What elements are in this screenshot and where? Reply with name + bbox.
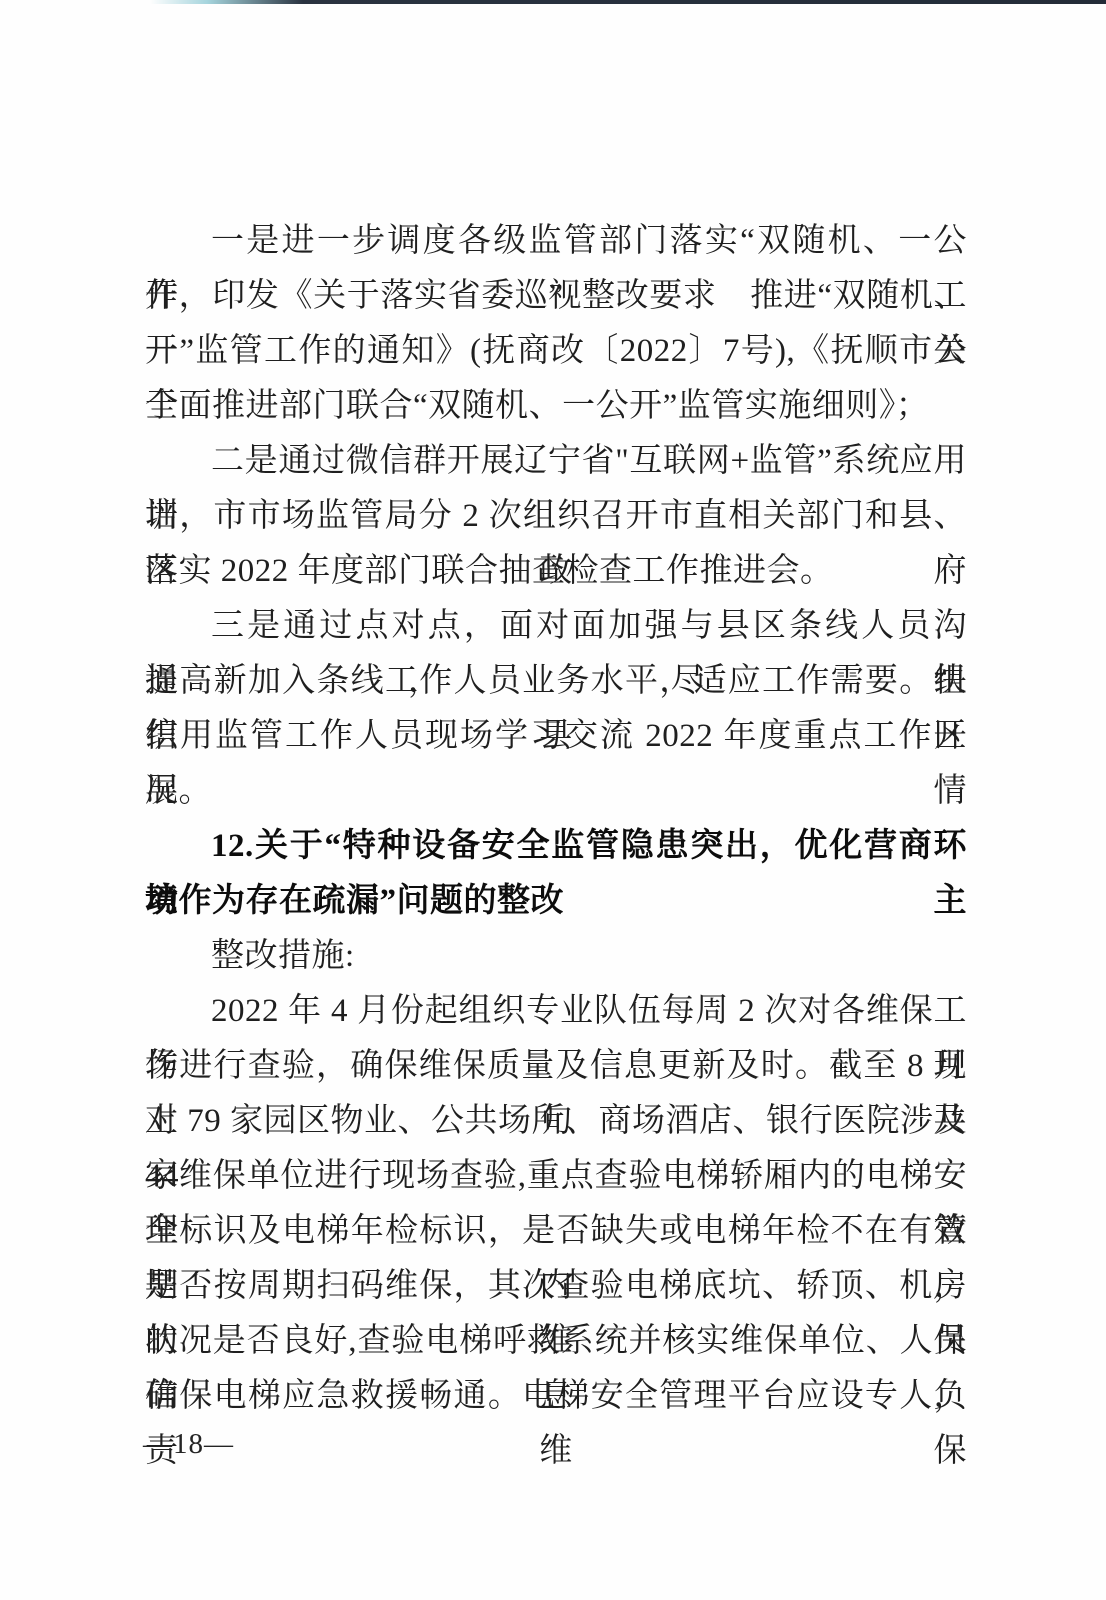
text-line: 理标识及电梯年检标识，是否缺失或电梯年检不在有效期内， (145, 1204, 967, 1259)
text-line: 整改措施: (145, 929, 967, 984)
text-line: 家维保单位进行现场查验,重点查验电梯轿厢内的电梯安全管 (145, 1149, 967, 1204)
text-line: 一是进一步调度各级监管部门落实“双随机、一公开”工 (145, 214, 967, 269)
text-line: 场进行查验，确保维保质量及信息更新及时。截至 8 月上旬共 (145, 1039, 967, 1094)
text-line: 2022 年 4 月份起组织专业队伍每周 2 次对各维保工作现 (145, 984, 967, 1039)
text-line: 确保电梯应急救援畅通。电梯安全管理平台应设专人负责维保 (145, 1369, 967, 1424)
heading-line: 12.关于“特种设备安全监管隐患突出，优化营商环境主 (145, 819, 967, 874)
paragraph-measure-three: 三是通过点对点，面对面加强与县区条线人员沟通，尽快 提高新加入条线工作人员业务水… (145, 599, 967, 819)
text-line: 训，市市场监管局分 2 次组织召开市直相关部门和县、区政府 (145, 489, 967, 544)
text-line: 是否按周期扫码维保，其次查验电梯底坑、轿顶、机房的维保 (145, 1259, 967, 1314)
text-line: 全面推进部门联合“双随机、一公开”监管实施细则》； (145, 379, 967, 434)
text-line: 提高新加入条线工作人员业务水平，适应工作需要。组织县区 (145, 654, 967, 709)
paragraph-measures-label: 整改措施: (145, 929, 967, 984)
document-page: 一是进一步调度各级监管部门落实“双随机、一公开”工 作，印发《关于落实省委巡视整… (0, 0, 1106, 1600)
text-line: 开”监管工作的通知》(抚商改〔2022〕7号),《抚顺市关于 (145, 324, 967, 379)
text-line: 状况是否良好,查验电梯呼救系统并核实维保单位、人员信息， (145, 1314, 967, 1369)
paragraph-measure-two: 二是通过微信群开展辽宁省"互联网+监管”系统应用培 训，市市场监管局分 2 次组… (145, 434, 967, 599)
text-line: 信用监管工作人员现场学习交流 2022 年度重点工作开展情 (145, 709, 967, 764)
text-line: 三是通过点对点，面对面加强与县区条线人员沟通，尽快 (145, 599, 967, 654)
scan-edge-artifact (150, 0, 1106, 4)
text-line: 对 79 家园区物业、公共场所、商场酒店、银行医院涉及 44 (145, 1094, 967, 1149)
section-heading-12: 12.关于“特种设备安全监管隐患突出，优化营商环境主 动作为存在疏漏”问题的整改 (145, 819, 967, 929)
document-body: 一是进一步调度各级监管部门落实“双随机、一公开”工 作，印发《关于落实省委巡视整… (145, 214, 967, 1424)
paragraph-measure-one: 一是进一步调度各级监管部门落实“双随机、一公开”工 作，印发《关于落实省委巡视整… (145, 214, 967, 434)
paragraph-rectification-detail: 2022 年 4 月份起组织专业队伍每周 2 次对各维保工作现 场进行查验，确保… (145, 984, 967, 1424)
page-number: —18— (143, 1428, 234, 1461)
text-line: 二是通过微信群开展辽宁省"互联网+监管”系统应用培 (145, 434, 967, 489)
text-line: 作，印发《关于落实省委巡视整改要求 推进“双随机、一公 (145, 269, 967, 324)
